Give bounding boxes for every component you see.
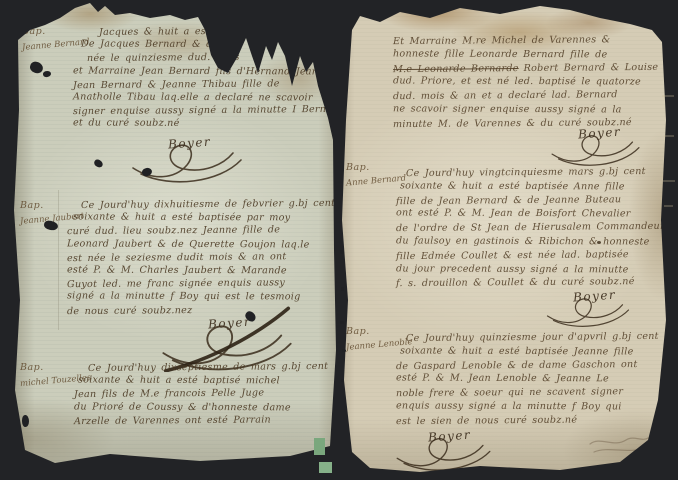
manuscript-line: fille Edmée Coullet & est née lad. bapti… [396, 248, 665, 264]
manuscript-line: Ce Jourd'huy quinziesme jour d'apvril g.… [396, 330, 659, 346]
underlying-page-edge [664, 135, 674, 137]
manuscript-line: curé dud. lieu soubz.nez Jeanne fille de [67, 223, 335, 239]
paper-hole [341, 287, 344, 291]
underlying-page-edge [663, 180, 675, 182]
manuscript-line: De Jacques Bernard & de d [73, 38, 343, 52]
right-page: 14 Et Marraine M.re Michel de Varennes &… [338, 4, 668, 474]
signature-name: Boyer [573, 288, 617, 305]
paper-hole [22, 415, 29, 427]
paper-hole [340, 321, 344, 324]
manuscript-line: soixante & huit a esté baptisée Jeanne f… [396, 344, 659, 359]
manuscript-line: honneste fille Leonarde Bernard fille de [393, 47, 658, 62]
binding-tab [314, 438, 325, 455]
faint-scribble-icon [588, 430, 654, 460]
left-page: Bap. Jeanne Bernard Jacques & huit a est… [12, 0, 338, 466]
manuscript-scan: Bap. Jeanne Bernard Jacques & huit a est… [0, 0, 678, 480]
manuscript-line: Et Marraine M.re Michel de Varennes & [393, 33, 658, 49]
paper-hole [340, 250, 344, 254]
baptism-entry-4: Et Marraine M.re Michel de Varennes & ho… [393, 34, 658, 131]
manuscript-line: Jean fils de M.e francois Pelle Juge [74, 386, 328, 401]
folio-number: 14 [595, 5, 613, 20]
manuscript-line: née le quinziesme dud. mois [73, 50, 343, 66]
paper-crease [58, 190, 59, 330]
struck-text: M.e Leonarde Bernarde [393, 63, 519, 75]
manuscript-line-text: Robert Bernard & Louise [524, 61, 659, 73]
signature-name: Boyer [428, 428, 472, 445]
manuscript-line: soixante & huit a esté baptisée Anne fil… [396, 179, 665, 194]
baptism-entry-3: Ce Jourd'huy dixseptiesme de mars g.bj c… [74, 361, 328, 427]
baptism-entry-1: Jacques & huit a esté bap De Jacques Ber… [73, 25, 343, 131]
signature-block: Boyer [386, 424, 501, 472]
manuscript-line: Arzelle de Varennes ont esté Parrain [74, 413, 328, 428]
baptism-entry-6: Ce Jourd'huy quinziesme jour d'apvril g.… [396, 331, 659, 428]
manuscript-line: Ce Jourd'huy vingtcinquiesme mars g.bj c… [396, 165, 665, 181]
signature-name: Boyer [578, 125, 622, 142]
baptism-entry-2: Ce Jourd'huy dixhuitiesme de febvrier g.… [67, 198, 335, 317]
ink-blot [597, 241, 601, 244]
manuscript-line: enquis aussy signé a la minutte f Boy qu… [396, 399, 659, 414]
signature-block: Boyer [533, 286, 643, 328]
signature-block: Boyer [538, 122, 653, 167]
paper-hole [341, 379, 344, 382]
manuscript-line: signé a la minutte f Boy qui est le tesm… [67, 290, 335, 304]
baptism-entry-5: Ce Jourd'huy vingtcinquiesme mars g.bj c… [396, 166, 665, 290]
underlying-page-edge [662, 95, 674, 97]
underlying-page-edge [664, 205, 673, 207]
signature-name: Boyer [168, 135, 212, 152]
manuscript-line: du faulsoy en gastinois & Ribichon & hon… [396, 234, 665, 249]
manuscript-line: ne scavoir signer enquise aussy signé a … [393, 102, 658, 117]
binding-tab [319, 462, 332, 473]
paper-hole [342, 349, 346, 352]
